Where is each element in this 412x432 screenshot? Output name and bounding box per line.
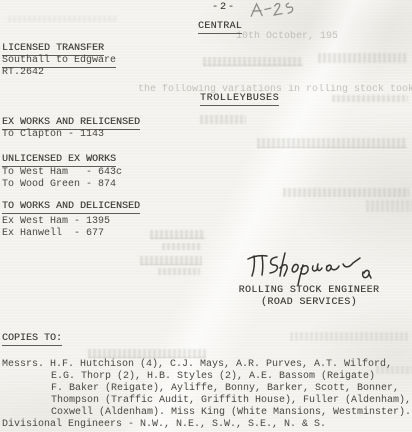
- to-works-delicensed-line: Ex West Ham - 1395: [2, 216, 110, 227]
- bleedthrough-smudge: [158, 268, 200, 275]
- pencil-annotation-strokes: [247, 0, 300, 19]
- copies-to-title: COPIES TO:: [2, 333, 62, 346]
- unlicensed-ex-works-line: To West Ham - 643c: [2, 167, 122, 178]
- bleedthrough-smudge: [318, 53, 408, 63]
- copies-line: F. Baker (Reigate), Ayliffe, Bonny, Bark…: [51, 383, 399, 394]
- bleedthrough-smudge: [8, 16, 118, 22]
- ghost-date-fragment: 10th October, 195: [236, 31, 338, 42]
- copies-line: Messrs. H.F. Hutchison (4), C.J. Mays, A…: [2, 359, 392, 370]
- bleedthrough-smudge: [332, 95, 408, 102]
- signatory-department: (ROAD SERVICES): [236, 297, 382, 308]
- region-heading: CENTRAL: [198, 21, 242, 34]
- to-works-delicensed-line: Ex Hanwell - 677: [2, 228, 104, 239]
- ex-works-relicensed-line: To Clapton - 1143: [2, 129, 104, 140]
- copies-line: Thompson (Traffic Audit, Griffith House)…: [51, 395, 411, 406]
- bleedthrough-smudge: [150, 230, 205, 239]
- bleedthrough-smudge: [283, 188, 409, 197]
- signatory-title: ROLLING STOCK ENGINEER: [236, 285, 382, 296]
- bleedthrough-smudge: [290, 332, 408, 341]
- to-works-delicensed-title: TO WORKS AND DELICENSED: [2, 201, 140, 214]
- bleedthrough-smudge: [366, 200, 412, 212]
- copies-line: Coxwell (Aldenham). Miss King (White Man…: [51, 407, 411, 418]
- unlicensed-ex-works-line: To Wood Green - 874: [2, 179, 116, 190]
- bleedthrough-smudge: [162, 243, 202, 250]
- licensed-transfer-vehicle: RT.2642: [2, 67, 44, 78]
- bleedthrough-smudge: [203, 57, 303, 66]
- bleedthrough-smudge: [140, 256, 202, 265]
- copies-line: E.G. Thorp (2), H.B. Styles (2), A.E. Ba…: [51, 371, 375, 382]
- pencil-annotation: [247, 0, 300, 24]
- divisional-engineers-line: Divisional Engineers - N.W., N.E., S.W.,…: [2, 419, 326, 430]
- bleedthrough-smudge: [257, 138, 407, 148]
- bleedthrough-smudge: [200, 115, 246, 124]
- page-number: -2-: [212, 2, 236, 13]
- bleedthrough-smudge: [88, 349, 206, 358]
- signature-strokes: [244, 250, 376, 288]
- mode-heading: TROLLEYBUSES: [200, 93, 279, 106]
- unlicensed-ex-works-title: UNLICENSED EX WORKS: [2, 154, 116, 167]
